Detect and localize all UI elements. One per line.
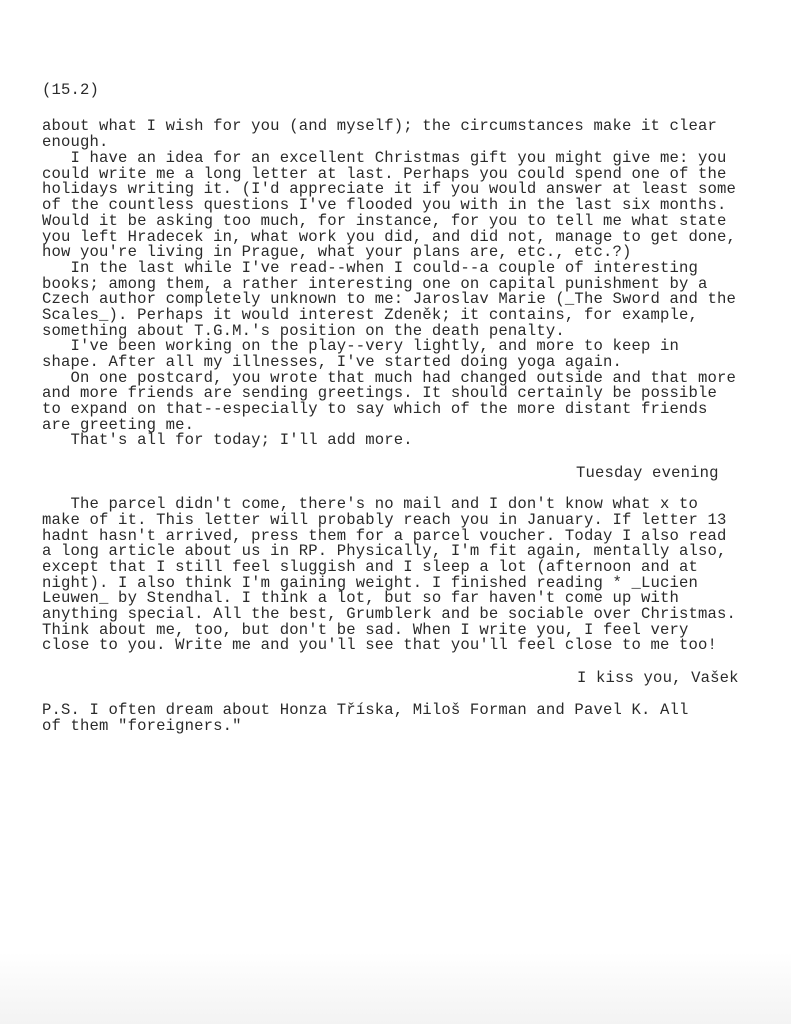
- text-line: In the last while I've read--when I coul…: [42, 260, 698, 276]
- text-line: anything special. All the best, Grumbler…: [42, 606, 736, 622]
- closing-signature: I kiss you, Vašek: [577, 670, 739, 686]
- text-line: and more friends are sending greetings. …: [42, 385, 717, 401]
- text-line: except that I still feel sluggish and I …: [42, 559, 698, 575]
- text-line: a long article about us in RP. Physicall…: [42, 543, 727, 559]
- text-line: shape. After all my illnesses, I've star…: [42, 354, 622, 370]
- text-line: make of it. This letter will probably re…: [42, 512, 727, 528]
- text-line: Czech author completely unknown to me: J…: [42, 291, 736, 307]
- text-line: That's all for today; I'll add more.: [42, 432, 413, 448]
- text-line: close to you. Write me and you'll see th…: [42, 637, 717, 653]
- text-line: enough.: [42, 134, 109, 150]
- dateline: Tuesday evening: [576, 465, 719, 481]
- text-line: The parcel didn't come, there's no mail …: [42, 496, 698, 512]
- text-line: to expand on that--especially to say whi…: [42, 401, 708, 417]
- text-line: I have an idea for an excellent Christma…: [42, 150, 727, 166]
- typewritten-letter-page: (15.2) about what I wish for you (and my…: [0, 0, 791, 1024]
- page-number: (15.2): [42, 82, 99, 98]
- text-line: I've been working on the play--very ligh…: [42, 338, 679, 354]
- text-line: how you're living in Prague, what your p…: [42, 244, 631, 260]
- text-line: holidays writing it. (I'd appreciate it …: [42, 181, 736, 197]
- text-line: of the countless questions I've flooded …: [42, 197, 727, 213]
- text-line: Leuwen_ by Stendhal. I think a lot, but …: [42, 590, 679, 606]
- text-line: Scales_). Perhaps it would interest Zden…: [42, 307, 698, 323]
- text-line: Would it be asking too much, for instanc…: [42, 213, 727, 229]
- postscript-line: P.S. I often dream about Honza Tříska, M…: [42, 702, 689, 718]
- postscript-line: of them "foreigners.": [42, 718, 242, 734]
- text-line: about what I wish for you (and myself); …: [42, 118, 717, 134]
